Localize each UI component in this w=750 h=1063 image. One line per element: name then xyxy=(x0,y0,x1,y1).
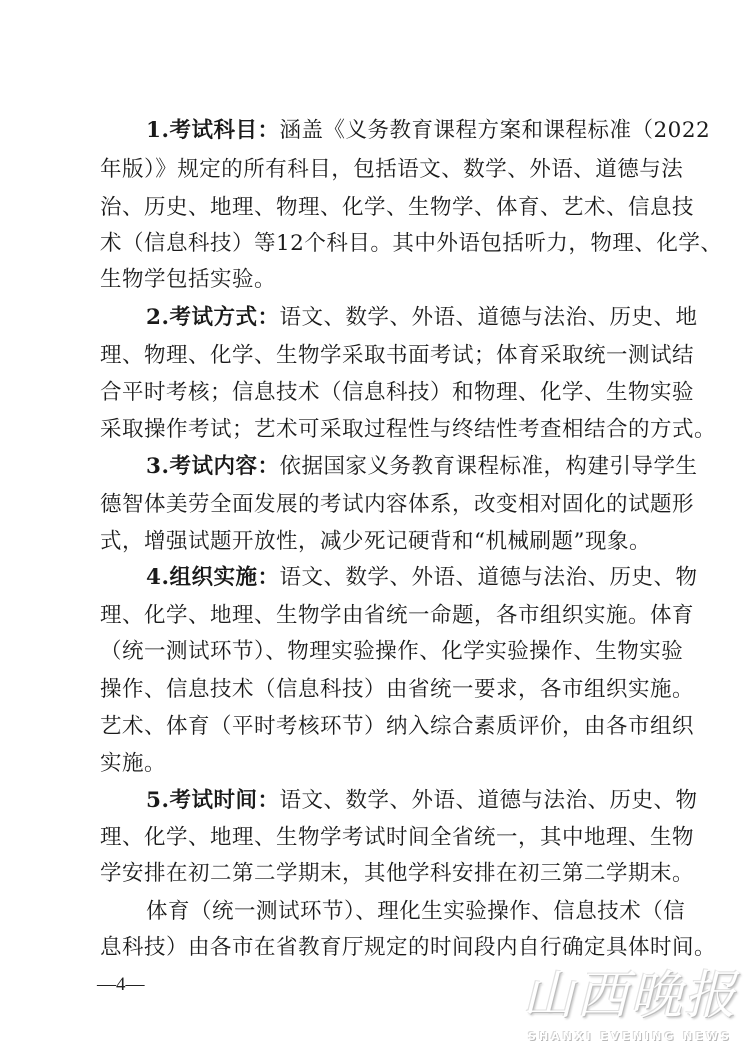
paragraph-6-line-2: 息科技）由各市在省教育厅规定的时间段内自行确定具体时间。 xyxy=(100,933,648,963)
paragraph-5-line-1: 5.考试时间：语文、数学、外语、道德与法治、历史、物 xyxy=(146,786,648,816)
paragraph-3-line-2: 德智体美劳全面发展的考试内容体系，改变相对固化的试题形 xyxy=(100,490,648,520)
paragraph-4-line-6: 实施。 xyxy=(100,749,648,779)
page-number: —4— xyxy=(97,972,145,998)
paragraph-2-heading: 2.考试方式： xyxy=(146,305,279,330)
paragraph-6-line-1: 体育（统一测试环节）、理化生实验操作、信息技术（信 xyxy=(146,897,648,927)
paragraph-2-line-2: 理、物理、化学、生物学采取书面考试；体育采取统一测试结 xyxy=(100,341,648,371)
paragraph-5-heading: 5.考试时间： xyxy=(146,788,279,813)
paragraph-1-line-5: 生物学包括实验。 xyxy=(100,265,648,295)
paragraph-3-heading: 3.考试内容： xyxy=(146,454,279,479)
paragraph-3-line-1: 3.考试内容：依据国家义务教育课程标准，构建引导学生 xyxy=(146,452,648,482)
paragraph-2-line-3: 合平时考核；信息技术（信息科技）和物理、化学、生物实验 xyxy=(100,378,648,408)
paragraph-2-line-4: 采取操作考试；艺术可采取过程性与终结性考查相结合的方式。 xyxy=(100,415,648,445)
paragraph-4-line-4: 操作、信息技术（信息科技）由省统一要求，各市组织实施。 xyxy=(100,675,648,705)
paragraph-4-line-1: 4.组织实施：语文、数学、外语、道德与法治、历史、物 xyxy=(146,563,648,593)
paragraph-2-line-1: 2.考试方式：语文、数学、外语、道德与法治、历史、地 xyxy=(146,303,648,333)
paragraph-1-line-3: 治、历史、地理、物理、化学、生物学、体育、艺术、信息技 xyxy=(100,193,648,223)
watermark-english-text: SHANXI EVENING NEWS xyxy=(520,1030,740,1044)
paragraph-4-line-2: 理、化学、地理、生物学由省统一命题，各市组织实施。体育 xyxy=(100,601,648,631)
paragraph-4-line-3: （统一测试环节）、物理实验操作、化学实验操作、生物实验 xyxy=(100,637,648,667)
paragraph-4-heading: 4.组织实施： xyxy=(146,565,279,590)
document-page: 1.考试科目：涵盖《义务教育课程方案和课程标准（2022 年版）》规定的所有科目… xyxy=(0,0,750,1063)
paragraph-3-line-3: 式，增强试题开放性，减少死记硬背和“机械刷题”现象。 xyxy=(100,527,648,557)
paragraph-5-line-3: 学安排在初二第二学期末，其他学科安排在初三第二学期末。 xyxy=(100,859,648,889)
watermark-chinese-logo: 山西晚报 xyxy=(520,962,740,1030)
paragraph-5-line-2: 理、化学、地理、生物学考试时间全省统一，其中地理、生物 xyxy=(100,823,648,853)
paragraph-1-line-4: 术（信息科技）等12个科目。其中外语包括听力，物理、化学、 xyxy=(100,229,648,259)
paragraph-1-line-2: 年版）》规定的所有科目，包括语文、数学、外语、道德与法 xyxy=(100,155,648,185)
paragraph-4-line-5: 艺术、体育（平时考核环节）纳入综合素质评价，由各市组织 xyxy=(100,712,648,742)
paragraph-1-line-1: 1.考试科目：涵盖《义务教育课程方案和课程标准（2022 xyxy=(146,116,648,146)
paragraph-1-heading: 1.考试科目： xyxy=(146,118,279,143)
newspaper-watermark: 山西晚报 SHANXI EVENING NEWS xyxy=(520,962,740,1052)
